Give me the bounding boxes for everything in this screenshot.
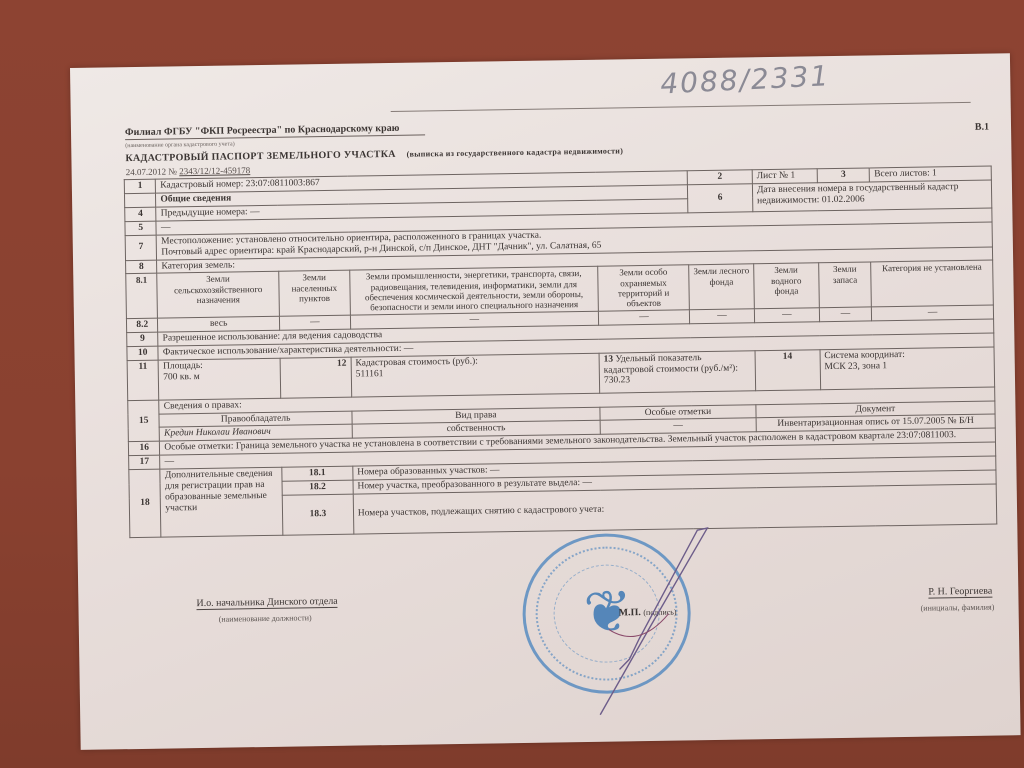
title-text: КАДАСТРОВЫЙ ПАСПОРТ ЗЕМЕЛЬНОГО УЧАСТКА	[125, 149, 395, 164]
name-caption: (инициалы, фамилия)	[921, 603, 995, 613]
signature-icon	[577, 518, 720, 720]
handwritten-note: 4088/2331	[660, 59, 831, 101]
registration-date: Дата внесения номера в государственный к…	[752, 180, 991, 212]
position-caption: (наименование должности)	[219, 613, 312, 623]
cadastral-value: Кадастровая стоимость (руб.): 511161	[351, 353, 600, 397]
sheet-number: Лист № 1	[752, 169, 817, 184]
area: Площадь: 700 кв. м	[158, 358, 280, 400]
cadastral-passport-document: 4088/2331 Филиал ФГБУ "ФКП Росреестра" п…	[70, 53, 1021, 750]
form-code: В.1	[975, 122, 989, 133]
title-note: (выписка из государственного кадастра не…	[406, 146, 623, 158]
cadastral-number-label: Кадастровый номер:	[160, 179, 243, 190]
passport-table: 1 Кадастровый номер: 23:07:0811003:867 2…	[124, 166, 998, 539]
cadastral-number: 23:07:0811003:867	[246, 178, 320, 189]
issue-date: 24.07.2012	[126, 167, 167, 178]
divider	[391, 102, 971, 112]
signer-position: И.о. начальника Динского отдела	[196, 596, 337, 610]
number-prefix: №	[168, 166, 177, 176]
signer-name: Р. Н. Георгиева	[928, 586, 992, 599]
document-number: 2343/12/12-459178	[179, 165, 250, 176]
unit-value: 13 Удельный показатель кадастровой стоим…	[599, 350, 756, 392]
organization-name: Филиал ФГБУ "ФКП Росреестра" по Краснода…	[125, 122, 425, 140]
additional-info-label: Дополнительные сведения для регистрации …	[160, 467, 283, 537]
coordinate-system: Система координат: МСК 23, зона 1	[820, 347, 995, 390]
